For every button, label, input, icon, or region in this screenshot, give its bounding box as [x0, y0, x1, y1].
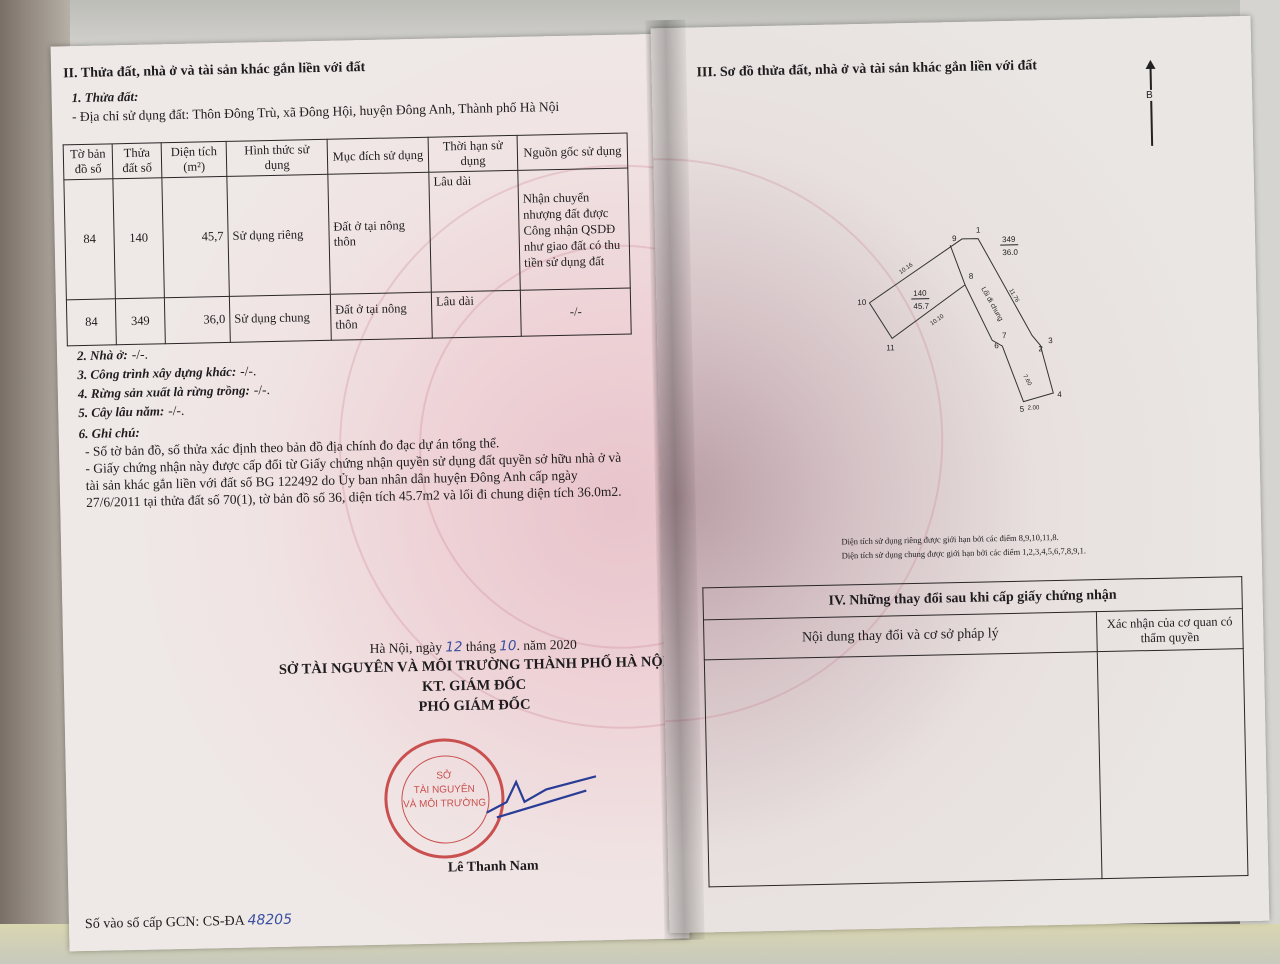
- handwritten-signature: [476, 770, 607, 833]
- header-usage-term: Thời hạn sử dụng: [428, 135, 518, 172]
- svg-text:3: 3: [1048, 336, 1053, 345]
- svg-text:5: 5: [1020, 405, 1025, 414]
- svg-text:2.00: 2.00: [1028, 405, 1040, 411]
- svg-text:10.10: 10.10: [930, 313, 946, 327]
- cell-usage-origin: -/-: [520, 288, 631, 336]
- cell-usage-term: Lâu dài: [429, 170, 520, 292]
- svg-text:349: 349: [1002, 235, 1016, 244]
- issue-day: 12: [445, 639, 463, 655]
- certificate-right-page: III. Sơ đồ thửa đất, nhà ở và tài sản kh…: [651, 16, 1270, 933]
- cell-usage-form: Sử dụng chung: [229, 294, 331, 342]
- cell-map-sheet: 84: [64, 179, 116, 300]
- diagram-legend: Diện tích sử dụng riêng được giới hạn bở…: [841, 529, 1086, 562]
- svg-text:10: 10: [857, 298, 867, 307]
- signer-name: Lê Thanh Nam: [448, 859, 539, 877]
- north-label: B: [1146, 90, 1153, 101]
- parcel-sketch-diagram: 1 2 3 4 5 6 7 8 9 10 11 140 45.7 349 36.…: [840, 214, 1084, 429]
- cell-parcel-number: 349: [115, 298, 165, 345]
- cell-usage-origin: Nhận chuyển nhượng đất được Công nhận QS…: [518, 168, 630, 290]
- property-items-list: 2. Nhà ở: -/-. 3. Công trình xây dựng kh…: [77, 335, 631, 512]
- svg-text:7.60: 7.60: [1021, 374, 1032, 388]
- changes-empty-row: [704, 649, 1248, 887]
- svg-text:1: 1: [976, 226, 981, 235]
- cell-map-sheet: 84: [66, 299, 116, 346]
- land-parcel-table: Tờ bản đồ số Thửa đất số Diện tích (m²) …: [63, 133, 632, 347]
- certificate-left-page: II. Thửa đất, nhà ở và tài sản khác gắn …: [51, 34, 690, 952]
- land-address: - Địa chỉ sử dụng đất: Thôn Đông Trù, xã…: [72, 98, 559, 125]
- cell-area: 36,0: [164, 296, 230, 343]
- svg-text:Lối đi chung: Lối đi chung: [979, 285, 1005, 322]
- header-area: Diện tích (m²): [161, 141, 227, 177]
- registry-number-line: Số vào sổ cấp GCN: CS-ĐA 48205: [85, 912, 292, 933]
- cell-usage-purpose: Đất ở tại nông thôn: [330, 292, 432, 340]
- cell-parcel-number: 140: [113, 178, 165, 299]
- svg-text:7: 7: [1002, 331, 1007, 340]
- svg-text:140: 140: [913, 289, 927, 298]
- svg-text:4: 4: [1057, 390, 1062, 399]
- cell-usage-form: Sử dụng riêng: [227, 174, 330, 296]
- svg-text:11: 11: [886, 343, 895, 352]
- signature-block: Hà Nội, ngày 12 tháng 10. năm 2020 SỞ TÀ…: [263, 633, 685, 719]
- cell-area: 45,7: [162, 176, 229, 297]
- svg-text:45.7: 45.7: [913, 302, 929, 311]
- cell-usage-purpose: Đất ở tại nông thôn: [328, 172, 431, 294]
- svg-text:2: 2: [1038, 344, 1043, 353]
- svg-text:8: 8: [969, 272, 974, 281]
- north-arrowhead-icon: [1145, 60, 1155, 69]
- cell-usage-term: Lâu dài: [431, 290, 521, 338]
- header-usage-origin: Nguồn gốc sử dụng: [517, 133, 628, 170]
- header-authority-confirmation: Xác nhận của cơ quan có thẩm quyền: [1096, 609, 1243, 652]
- svg-text:11.76: 11.76: [1007, 288, 1020, 304]
- svg-text:9: 9: [952, 234, 957, 243]
- header-usage-form: Hình thức sử dụng: [226, 139, 328, 176]
- svg-text:36.0: 36.0: [1002, 248, 1018, 257]
- header-map-sheet: Tờ bản đồ số: [63, 144, 113, 180]
- header-usage-purpose: Mục đích sử dụng: [327, 137, 429, 174]
- table-row: 84 140 45,7 Sử dụng riêng Đất ở tại nông…: [64, 168, 630, 300]
- address-value: Thôn Đông Trù, xã Đông Hội, huyện Đông A…: [192, 99, 559, 122]
- land-subsection-label: 1. Thửa đất:: [72, 89, 139, 106]
- address-label: - Địa chỉ sử dụng đất:: [72, 107, 189, 124]
- section-ii-title: II. Thửa đất, nhà ở và tài sản khác gắn …: [63, 60, 365, 82]
- changes-table: IV. Những thay đổi sau khi cấp giấy chứn…: [702, 576, 1248, 887]
- section-iii-title: III. Sơ đồ thửa đất, nhà ở và tài sản kh…: [696, 58, 1037, 81]
- registry-number: 48205: [247, 912, 292, 929]
- issue-month: 10: [499, 638, 517, 654]
- svg-text:6: 6: [994, 341, 999, 350]
- north-arrow-icon: [1149, 66, 1153, 146]
- header-parcel-number: Thửa đất số: [112, 143, 162, 179]
- registry-label: Số vào sổ cấp GCN: CS-ĐA: [85, 914, 244, 932]
